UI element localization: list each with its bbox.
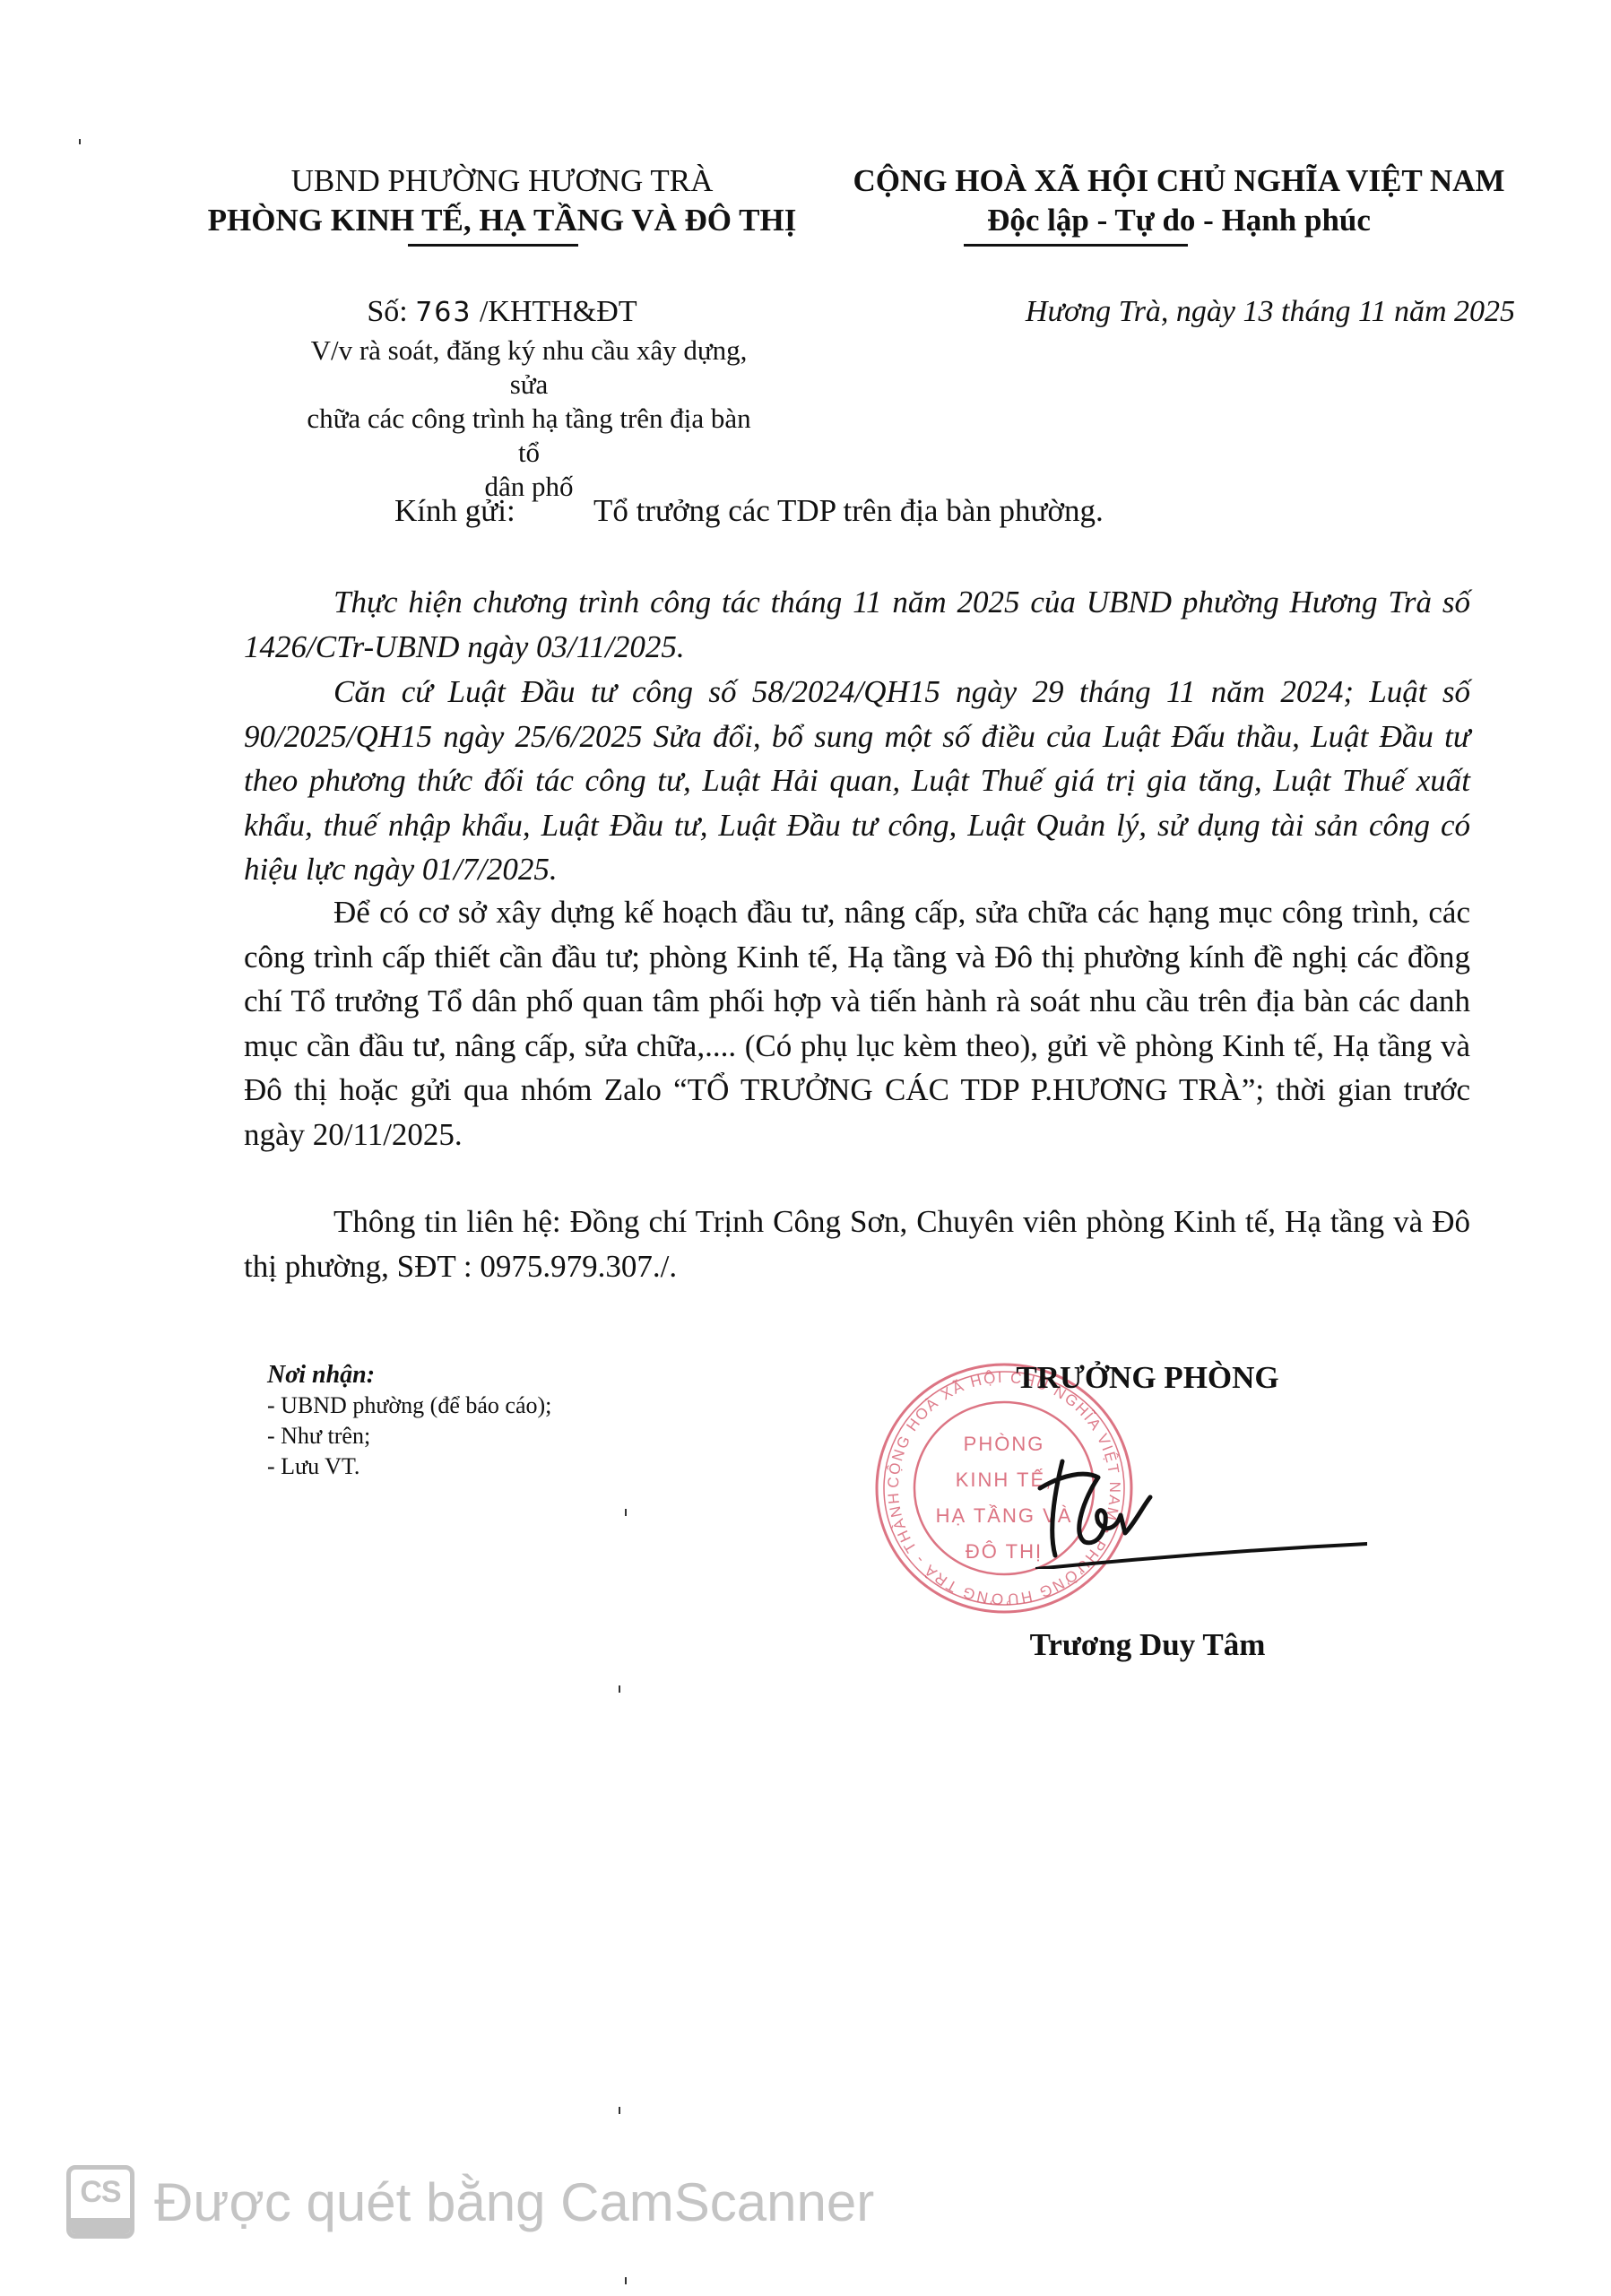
paragraph-text: Thông tin liên hệ: Đồng chí Trịnh Công S… — [244, 1200, 1470, 1288]
subject-line: V/v rà soát, đăng ký nhu cầu xây dựng, s… — [296, 334, 762, 402]
logo-text: CS — [71, 2175, 130, 2210]
body-paragraph-3: Để có cơ sở xây dựng kế hoạch đầu tư, nâ… — [244, 890, 1470, 1157]
motto: Độc lập - Tự do - Hạnh phúc — [807, 201, 1551, 240]
scan-speck — [79, 139, 81, 144]
paragraph-text: Căn cứ Luật Đầu tư công số 58/2024/QH15 … — [244, 670, 1470, 892]
handwritten-signature-icon — [1035, 1443, 1367, 1569]
agency-parent: UBND PHƯỜNG HƯƠNG TRÀ — [179, 161, 825, 201]
paragraph-text: Thực hiện chương trình công tác tháng 11… — [244, 580, 1470, 669]
agency-name: PHÒNG KINH TẾ, HẠ TẦNG VÀ ĐÔ THỊ — [179, 201, 825, 240]
receivers-title: Nơi nhận: — [267, 1360, 551, 1391]
scan-speck — [619, 1685, 620, 1693]
watermark-text: Được quét bằng CamScanner — [154, 2171, 874, 2233]
signer-title: TRƯỞNG PHÒNG — [896, 1358, 1399, 1398]
camscanner-logo-icon: CS — [66, 2165, 134, 2239]
number-prefix: Số: — [367, 295, 407, 328]
document-date: Hương Trà, ngày 13 tháng 11 năm 2025 — [896, 292, 1515, 332]
number-suffix: /KHTH&ĐT — [472, 295, 637, 328]
document-subject: V/v rà soát, đăng ký nhu cầu xây dựng, s… — [296, 334, 762, 504]
camscanner-watermark: CS Được quét bằng CamScanner — [66, 2166, 874, 2238]
paragraph-text: Để có cơ sở xây dựng kế hoạch đầu tư, nâ… — [244, 890, 1470, 1157]
receiver-item: - UBND phường (để báo cáo); — [267, 1391, 551, 1421]
document-number: Số: 763 /KHTH&ĐT — [179, 292, 825, 333]
signer-name: Trương Duy Tâm — [896, 1625, 1399, 1665]
logo-bar — [71, 2218, 130, 2234]
motto-underline — [964, 244, 1188, 247]
agency-underline — [408, 244, 578, 247]
svg-text:ĐÔ THỊ: ĐÔ THỊ — [966, 1540, 1043, 1563]
body-paragraph-2: Căn cứ Luật Đầu tư công số 58/2024/QH15 … — [244, 670, 1470, 892]
recipient-value: Tổ trưởng các TDP trên địa bàn phường. — [593, 493, 1104, 528]
recipient-label: Kính gửi: — [394, 491, 593, 531]
receiver-item: - Như trên; — [267, 1421, 551, 1451]
scan-speck — [625, 1509, 627, 1516]
number-handwritten: 763 — [415, 297, 472, 328]
scan-speck — [619, 2107, 620, 2114]
issuing-agency: UBND PHƯỜNG HƯƠNG TRÀ PHÒNG KINH TẾ, HẠ … — [179, 161, 825, 240]
svg-text:PHÒNG: PHÒNG — [964, 1433, 1045, 1455]
body-paragraph-1: Thực hiện chương trình công tác tháng 11… — [244, 580, 1470, 669]
body-paragraph-4: Thông tin liên hệ: Đồng chí Trịnh Công S… — [244, 1200, 1470, 1288]
recipient-line: Kính gửi:Tổ trưởng các TDP trên địa bàn … — [394, 491, 1104, 531]
subject-line: chữa các công trình hạ tầng trên địa bàn… — [296, 402, 762, 470]
scan-speck — [625, 2277, 627, 2284]
country-name: CỘNG HOÀ XÃ HỘI CHỦ NGHĨA VIỆT NAM — [807, 161, 1551, 201]
receiver-item: - Lưu VT. — [267, 1451, 551, 1482]
receivers-block: Nơi nhận: - UBND phường (để báo cáo); - … — [267, 1360, 551, 1482]
national-motto: CỘNG HOÀ XÃ HỘI CHỦ NGHĨA VIỆT NAM Độc l… — [807, 161, 1551, 240]
